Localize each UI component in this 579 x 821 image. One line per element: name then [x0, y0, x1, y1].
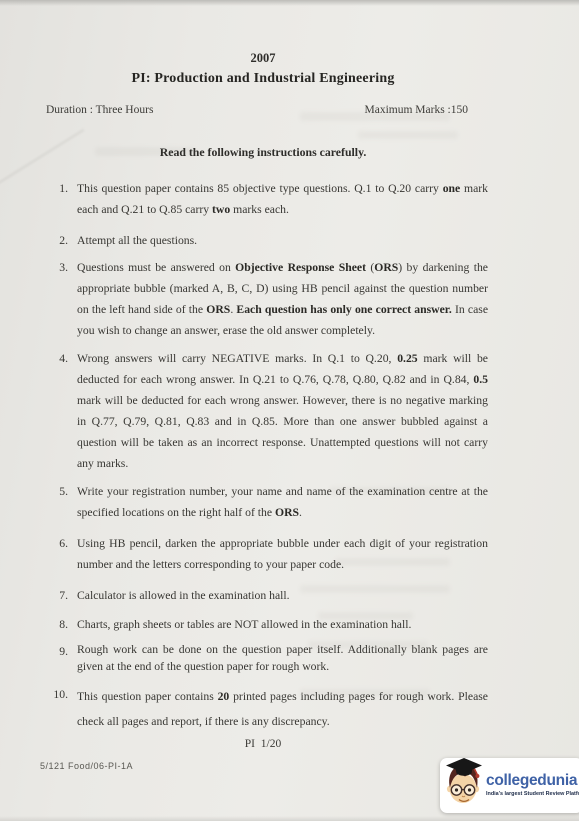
document-page: 2007 PI: Production and Industrial Engin…: [38, 0, 488, 741]
instructions-list: 1.This question paper contains 85 object…: [38, 178, 488, 734]
instruction-text: Rough work can be done on the question p…: [77, 641, 488, 675]
instruction-number: 5.: [46, 481, 68, 502]
instruction-text: Wrong answers will carry NEGATIVE marks.…: [77, 348, 488, 474]
instruction-item: 1.This question paper contains 85 object…: [46, 178, 488, 220]
instruction-text: Charts, graph sheets or tables are NOT a…: [77, 614, 488, 635]
collegedunia-brand-name: collegedunia: [486, 772, 579, 789]
instruction-item: 10.This question paper contains 20 print…: [46, 684, 488, 734]
exam-year: 2007: [38, 51, 488, 66]
instruction-number: 9.: [46, 641, 68, 662]
max-marks-label: Maximum Marks :150: [365, 104, 469, 116]
instruction-item: 8.Charts, graph sheets or tables are NOT…: [46, 614, 488, 635]
instruction-text: Using HB pencil, darken the appropriate …: [77, 533, 488, 575]
instruction-item: 5.Write your registration number, your n…: [46, 481, 488, 523]
instruction-text: Write your registration number, your nam…: [77, 481, 488, 523]
duration-label: Duration : Three Hours: [46, 104, 153, 116]
page-number: PI 1/20: [38, 738, 488, 750]
instruction-text: Calculator is allowed in the examination…: [77, 585, 488, 606]
instruction-item: 3.Questions must be answered on Objectiv…: [46, 257, 488, 341]
instruction-number: 3.: [46, 257, 68, 278]
instruction-item: 7.Calculator is allowed in the examinati…: [46, 585, 488, 606]
instruction-number: 2.: [46, 230, 68, 251]
meta-row: Duration : Three Hours Maximum Marks :15…: [38, 104, 488, 116]
graduate-boy-mascot-icon: [443, 757, 485, 809]
print-code: 5/121 Food/06-PI-1A: [40, 761, 133, 771]
collegedunia-tagline: India's largest Student Review Platform: [486, 790, 579, 796]
scan-bottom-edge: [0, 816, 579, 821]
instruction-item: 4.Wrong answers will carry NEGATIVE mark…: [46, 348, 488, 474]
instructions-heading: Read the following instructions carefull…: [38, 145, 488, 160]
instruction-number: 6.: [46, 533, 68, 554]
instruction-item: 9.Rough work can be done on the question…: [46, 641, 488, 675]
instruction-text: Questions must be answered on Objective …: [77, 257, 488, 341]
instruction-number: 7.: [46, 585, 68, 606]
instruction-text: Attempt all the questions.: [77, 230, 488, 251]
instruction-number: 8.: [46, 614, 68, 635]
instruction-text: This question paper contains 20 printed …: [77, 684, 488, 734]
instruction-number: 4.: [46, 348, 68, 369]
collegedunia-watermark: collegedunia India's largest Student Rev…: [440, 758, 579, 813]
logo-text-block: collegedunia India's largest Student Rev…: [486, 772, 579, 799]
instruction-number: 1.: [46, 178, 68, 199]
instruction-text: This question paper contains 85 objectiv…: [77, 178, 488, 220]
instruction-item: 6.Using HB pencil, darken the appropriat…: [46, 533, 488, 575]
instruction-item: 2.Attempt all the questions.: [46, 230, 488, 251]
paper-title: PI: Production and Industrial Engineerin…: [38, 71, 488, 87]
instruction-number: 10.: [46, 684, 68, 705]
